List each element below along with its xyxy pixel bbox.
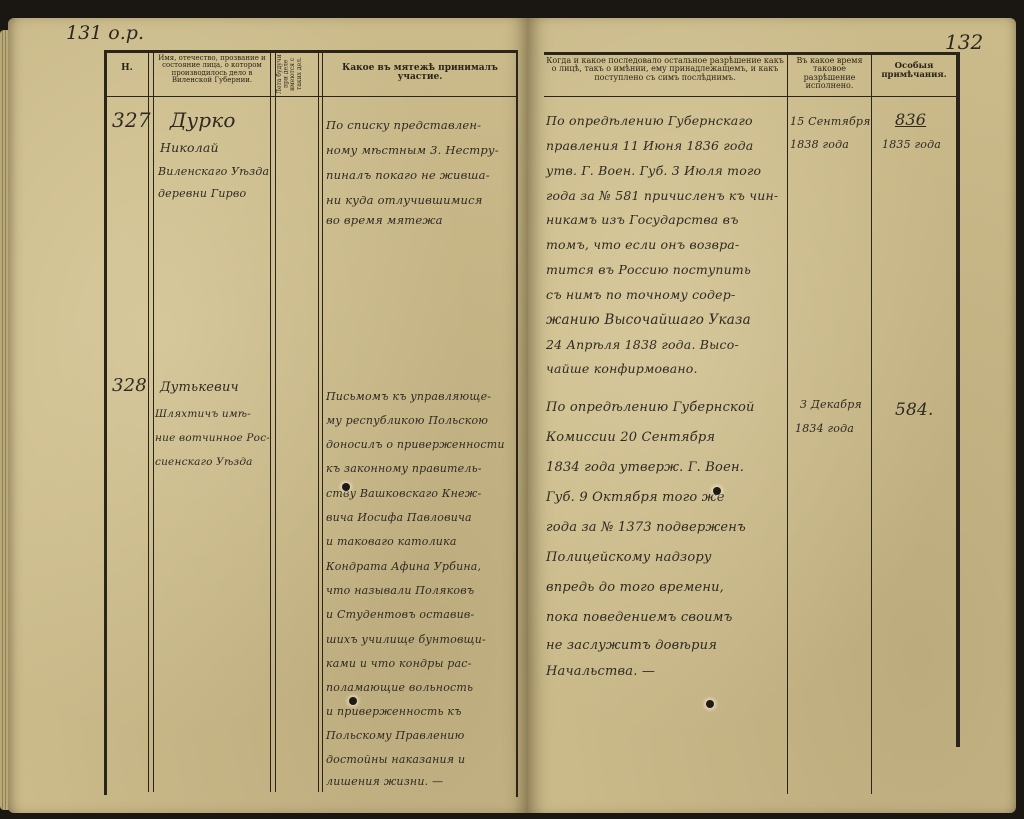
resolution-line: никамъ изъ Государства въ xyxy=(546,212,739,227)
header-name: Имя, отечество, прозвание и состояние ли… xyxy=(155,55,269,84)
entry-name-line: Шляхтичъ имѣ- xyxy=(155,408,251,420)
header-resolution: Когда и какое последовало остальное разр… xyxy=(545,57,785,82)
resolution-line: По опредѣлению Губернской xyxy=(546,400,755,415)
participation-line: Польскому Правлению xyxy=(326,729,464,742)
binding-hole xyxy=(706,700,714,708)
resolution-line: съ нимъ по точному содер- xyxy=(546,287,735,302)
col-rule xyxy=(270,52,271,792)
participation-line: поламающие вольность xyxy=(326,681,473,694)
participation-line: что называли Поляковъ xyxy=(326,584,474,597)
col-rule xyxy=(871,54,872,794)
participation-line: достойны наказания и xyxy=(326,753,465,766)
participation-line: По списку представлен- xyxy=(326,118,481,132)
resolution-line: не заслужитъ довѣрия xyxy=(546,638,717,653)
resolution-line: впредь до того времени, xyxy=(546,580,724,595)
executed-date-line: 1834 года xyxy=(795,422,854,435)
notes-line: 1835 года xyxy=(882,138,941,151)
participation-line: му республикою Польскою xyxy=(326,414,488,427)
left-border-rule xyxy=(104,50,107,795)
resolution-line: Полицейскому надзору xyxy=(546,550,712,565)
resolution-line: 24 Апрѣля 1838 года. Высо- xyxy=(546,337,739,352)
header-top-rule xyxy=(544,52,960,55)
binding-hole xyxy=(713,487,721,495)
participation-line: и таковаго католика xyxy=(326,535,457,548)
participation-line: лишения жизни. — xyxy=(326,775,443,788)
resolution-line: По опредѣлению Губернскаго xyxy=(546,113,753,128)
col-rule xyxy=(275,52,276,792)
binding-hole xyxy=(349,697,357,705)
resolution-line: года за № 1373 подверженъ xyxy=(546,520,746,535)
header-top-rule xyxy=(104,50,518,53)
participation-line: во время мятежа xyxy=(326,213,443,227)
participation-line: Письмомъ къ управляющe- xyxy=(326,390,491,403)
participation-line: ному мѣстным 3. Нестру- xyxy=(326,143,499,157)
executed-date-line: 1838 года xyxy=(790,138,849,151)
header-vertical: Лета будучи при деле имеются с таких дел… xyxy=(277,54,317,94)
participation-line: и Студентовъ оставив- xyxy=(326,608,474,621)
resolution-line: Начальства. — xyxy=(546,664,655,679)
col-rule xyxy=(153,52,154,792)
participation-line: Кондрата Афина Урбина, xyxy=(326,560,481,573)
entry-name-line: Дурко xyxy=(170,108,236,132)
participation-line: шихъ училище бунтовщи- xyxy=(326,633,486,646)
resolution-line: чайше конфирмовано. xyxy=(546,361,698,376)
executed-date-line: 15 Сентября xyxy=(790,115,871,128)
participation-line: ни куда отлучившимися xyxy=(326,193,483,207)
resolution-line: года за № 581 причисленъ къ чин- xyxy=(546,188,778,203)
participation-line: доносилъ о приверженности xyxy=(326,438,505,451)
entry-name-line: сиенскаго Уѣзда xyxy=(155,456,253,468)
resolution-line: тится въ Россию поступить xyxy=(546,262,751,277)
archive-number: 131 о.р. xyxy=(66,22,144,44)
notes-line: 584. xyxy=(895,400,934,420)
resolution-line: Губ. 9 Октября того же xyxy=(546,490,725,505)
resolution-line: томъ, что если онъ возвра- xyxy=(546,237,739,252)
col-rule xyxy=(318,52,319,792)
col-rule xyxy=(787,54,788,794)
right-border-rule xyxy=(956,52,960,747)
header-bottom-rule xyxy=(544,96,960,97)
participation-line: ками и что кондры рас- xyxy=(326,657,472,670)
header-participation: Какое въ мятежѣ принималъ участие. xyxy=(324,64,516,83)
binding-hole xyxy=(342,483,350,491)
resolution-line: 1834 года утверж. Г. Воен. xyxy=(546,460,744,475)
header-notes: Особыя примѣчания. xyxy=(873,62,955,80)
participation-line: къ законному правитель- xyxy=(326,462,482,475)
resolution-line: правления 11 Июня 1836 года xyxy=(546,138,753,153)
entry-number: 328 xyxy=(112,375,147,396)
header-number: Н. xyxy=(107,64,147,73)
col-rule xyxy=(322,52,323,792)
executed-date-line: 3 Декабря xyxy=(800,398,862,411)
participation-line: и приверженность къ xyxy=(326,705,462,718)
page-number: 132 xyxy=(945,30,983,54)
participation-line: пиналъ покаго не жившa- xyxy=(326,168,490,182)
resolution-line: Комиссии 20 Сентября xyxy=(546,430,715,445)
header-executed: Въ какое время таковое разрѣшение исполн… xyxy=(789,57,870,91)
entry-name-line: Николай xyxy=(160,140,219,155)
resolution-line: жанию Высочайшаго Указа xyxy=(546,312,751,328)
entry-name-line: Виленскаго Уѣзда xyxy=(158,165,269,178)
resolution-line: утв. Г. Воен. Губ. 3 Июля того xyxy=(546,163,761,178)
entry-name-line: деревни Гирво xyxy=(158,187,246,200)
resolution-line: пока поведениемъ своимъ xyxy=(546,610,733,625)
notes-line: 836 xyxy=(895,110,926,129)
header-bottom-rule xyxy=(104,96,518,97)
col-rule xyxy=(516,52,518,797)
open-register-book: 131 о.р. Н. Имя, отечество, прозвание и … xyxy=(0,0,1024,819)
entry-name-line: Дутькевич xyxy=(160,380,239,395)
col-rule xyxy=(148,52,149,792)
participation-line: вича Иосифа Павловича xyxy=(326,511,472,524)
entry-number: 327 xyxy=(112,108,151,132)
entry-name-line: ние вотчинное Рос- xyxy=(155,432,270,444)
